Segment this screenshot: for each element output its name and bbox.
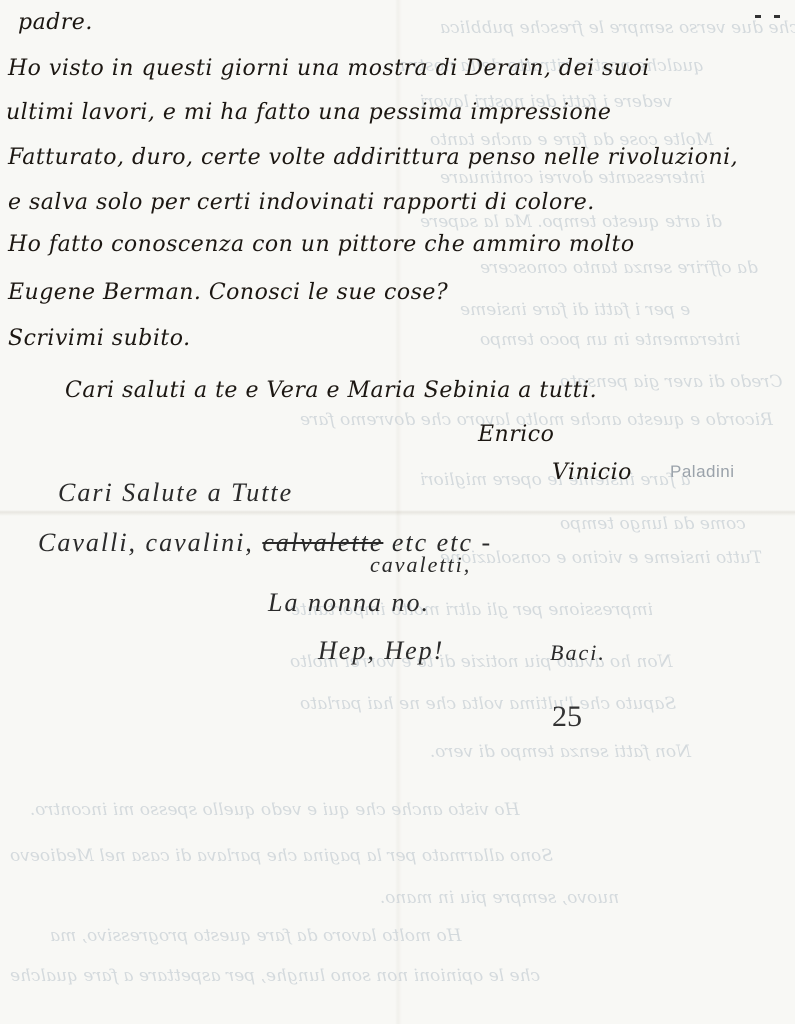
letter-line: Cari saluti a te e Vera e Maria Sebinia … [65,378,597,403]
postscript-line: Cari Salute a Tutte [58,478,293,508]
bleed-line: e per i fatti di fare insieme [460,300,690,320]
letter-line: Eugene Berman. Conosci le sue cose? [8,280,448,305]
letter-line: ultimi lavori, e mi ha fatto una pessima… [6,100,611,125]
bleed-line: interamente in un poco tempo [480,330,740,350]
letter-line: padre. [18,10,93,35]
bleed-line: Ho molto lavoro da fare questo progressi… [50,926,462,946]
postscript-text: Cavalli, cavalini, [38,528,262,557]
bleed-line: Saputo che l'ultima volta che ne hai par… [300,694,676,714]
bleed-line: nuovo, sempre piu in mano. [380,888,619,908]
letter-line: Ho visto in questi giorni una mostra di … [8,56,650,81]
postscript-line: La nonna no. [268,588,430,618]
bleed-line: Ho visto anche che qui e vedo quello spe… [30,800,519,820]
ink-mark [755,15,761,18]
letter-page: che due verso sempre le fresche pubblica… [0,0,795,1024]
pencil-annotation: Paladini [670,462,735,482]
letter-line: Ho fatto conoscenza con un pittore che a… [8,232,635,257]
bleed-line: interessante dovrei continuare [440,168,705,188]
ink-mark [774,15,780,18]
bleed-line: Non fatti senza tempo di vero. [430,742,691,762]
bleed-line: da offrire senza tanto conoscere [480,258,758,278]
page-number: 25 [552,700,582,734]
bleed-line: come da lungo tempo [560,514,746,534]
struck-word: calvalette [262,528,383,557]
bleed-line: di arte questo tempo. Ma la sapere [420,212,722,232]
bleed-line: che le opinioni non sono lunghe, per asp… [10,966,540,986]
bleed-line: Sono allarmato per la pagina che parlava… [10,846,553,866]
signature-vinicio: Vinicio [552,460,632,485]
signature-enrico: Enrico [478,422,554,447]
correction-word: cavaletti, [370,552,471,578]
bleed-line: che due verso sempre le fresche pubblica [440,18,795,38]
postscript-line: Hep, Hep! [318,636,444,666]
postscript-line: Baci. [550,640,606,666]
letter-line: Scrivimi subito. [8,326,191,351]
letter-line: e salva solo per certi indovinati rappor… [8,190,595,215]
letter-line: Fatturato, duro, certe volte addirittura… [8,145,738,170]
